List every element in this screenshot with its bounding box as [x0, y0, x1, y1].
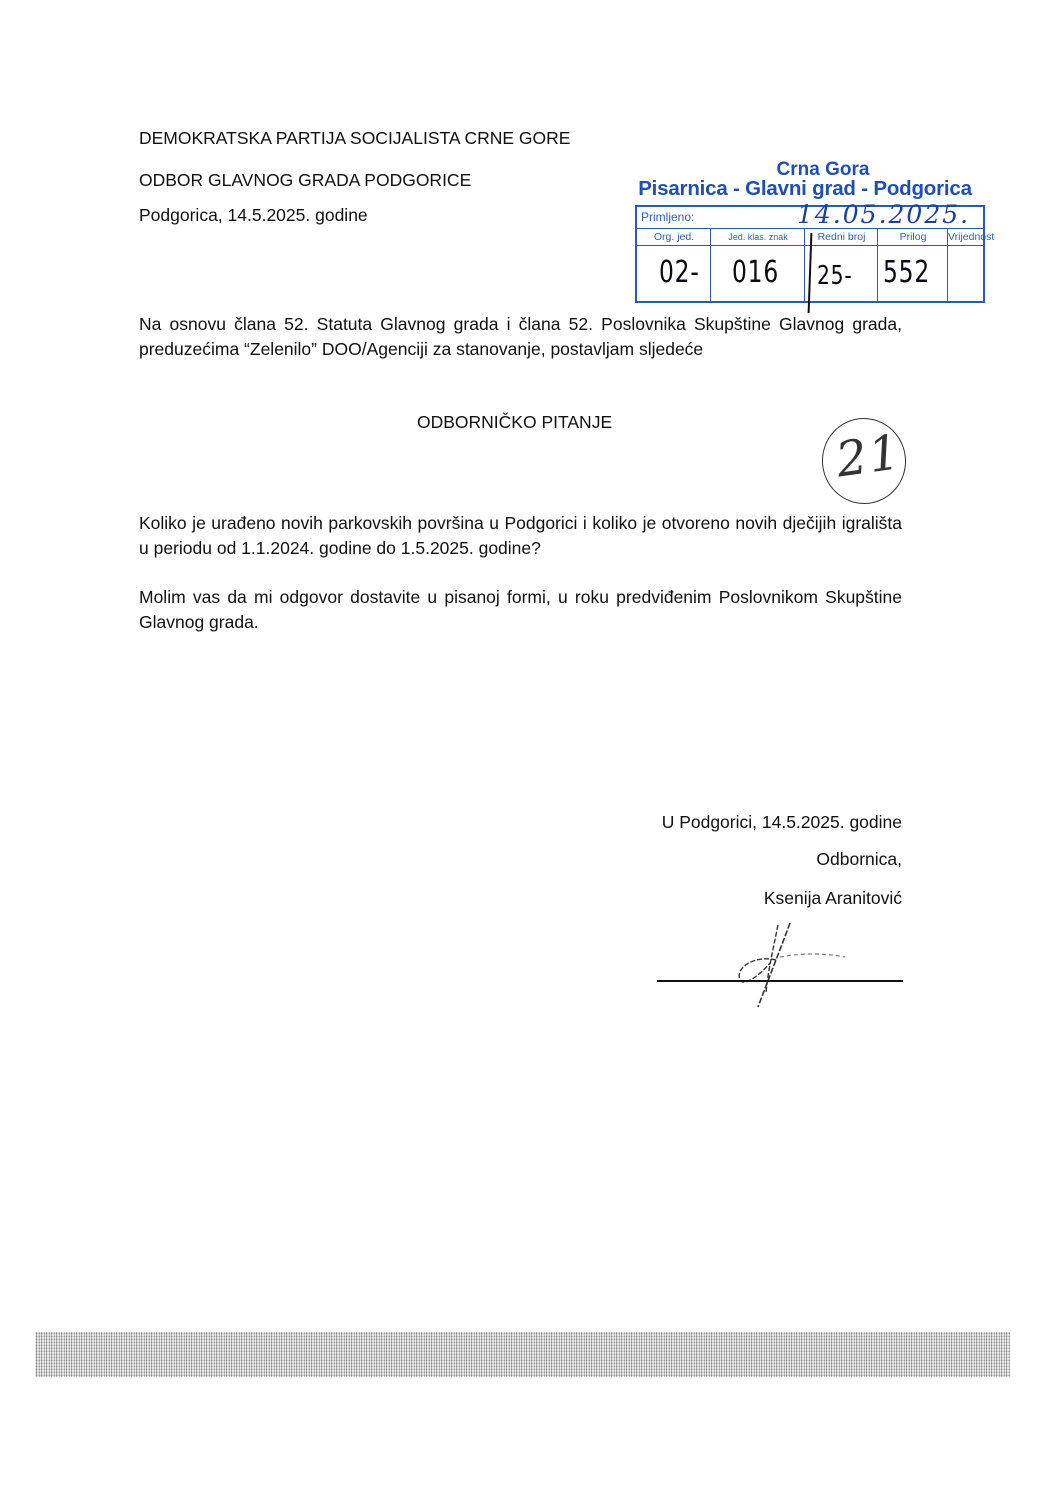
question-paragraph: Koliko je urađeno novih parkovskih površ…: [139, 511, 902, 561]
stamp-value-prilog: 552: [883, 255, 930, 290]
stamp-received-label: Primljeno:: [641, 210, 694, 224]
closing-place-date: U Podgorici, 14.5.2025. godine: [560, 812, 902, 833]
organization-name: DEMOKRATSKA PARTIJA SOCIJALISTA CRNE GOR…: [139, 128, 570, 149]
stamp-received-date: 14.05.2025.: [797, 200, 970, 229]
header-place-date: Podgorica, 14.5.2025. godine: [139, 205, 368, 226]
stamp-grid: Primljeno: 14.05.2025. Org. jed. Jed. kl…: [635, 205, 985, 303]
document-title: ODBORNIČKO PITANJE: [417, 412, 612, 433]
circled-number-value: 21: [833, 424, 905, 489]
handwritten-signature: [730, 915, 850, 1015]
circled-number: 21: [816, 413, 911, 510]
stamp-header-redni: Redni broj: [805, 229, 878, 246]
stamp-value-org: 02-: [659, 255, 700, 290]
stamp-value-redni: 25-: [817, 261, 852, 291]
stamp-header-vrijednost: Vrijednost: [948, 229, 983, 246]
committee-name: ODBOR GLAVNOG GRADA PODGORICE: [139, 170, 471, 191]
intro-paragraph: Na osnovu člana 52. Statuta Glavnog grad…: [139, 312, 902, 362]
scan-noise-strip: [35, 1332, 1010, 1377]
stamp-header-org: Org. jed.: [637, 229, 711, 246]
stamp-header-klas: Jed. klas. znak: [711, 229, 805, 246]
signature-line: [657, 980, 903, 982]
request-paragraph: Molim vas da mi odgovor dostavite u pisa…: [139, 585, 902, 635]
stamp-header-prilog: Prilog: [878, 229, 948, 246]
closing-role: Odbornica,: [560, 849, 902, 870]
stamp-received-row: Primljeno: 14.05.2025.: [637, 207, 983, 229]
closing-name: Ksenija Aranitović: [560, 888, 902, 909]
stamp-value-klas: 016: [732, 255, 779, 290]
registry-stamp: Crna Gora Pisarnica - Glavni grad - Podg…: [621, 160, 989, 306]
stamp-office: Pisarnica - Glavni grad - Podgorica: [621, 178, 989, 200]
